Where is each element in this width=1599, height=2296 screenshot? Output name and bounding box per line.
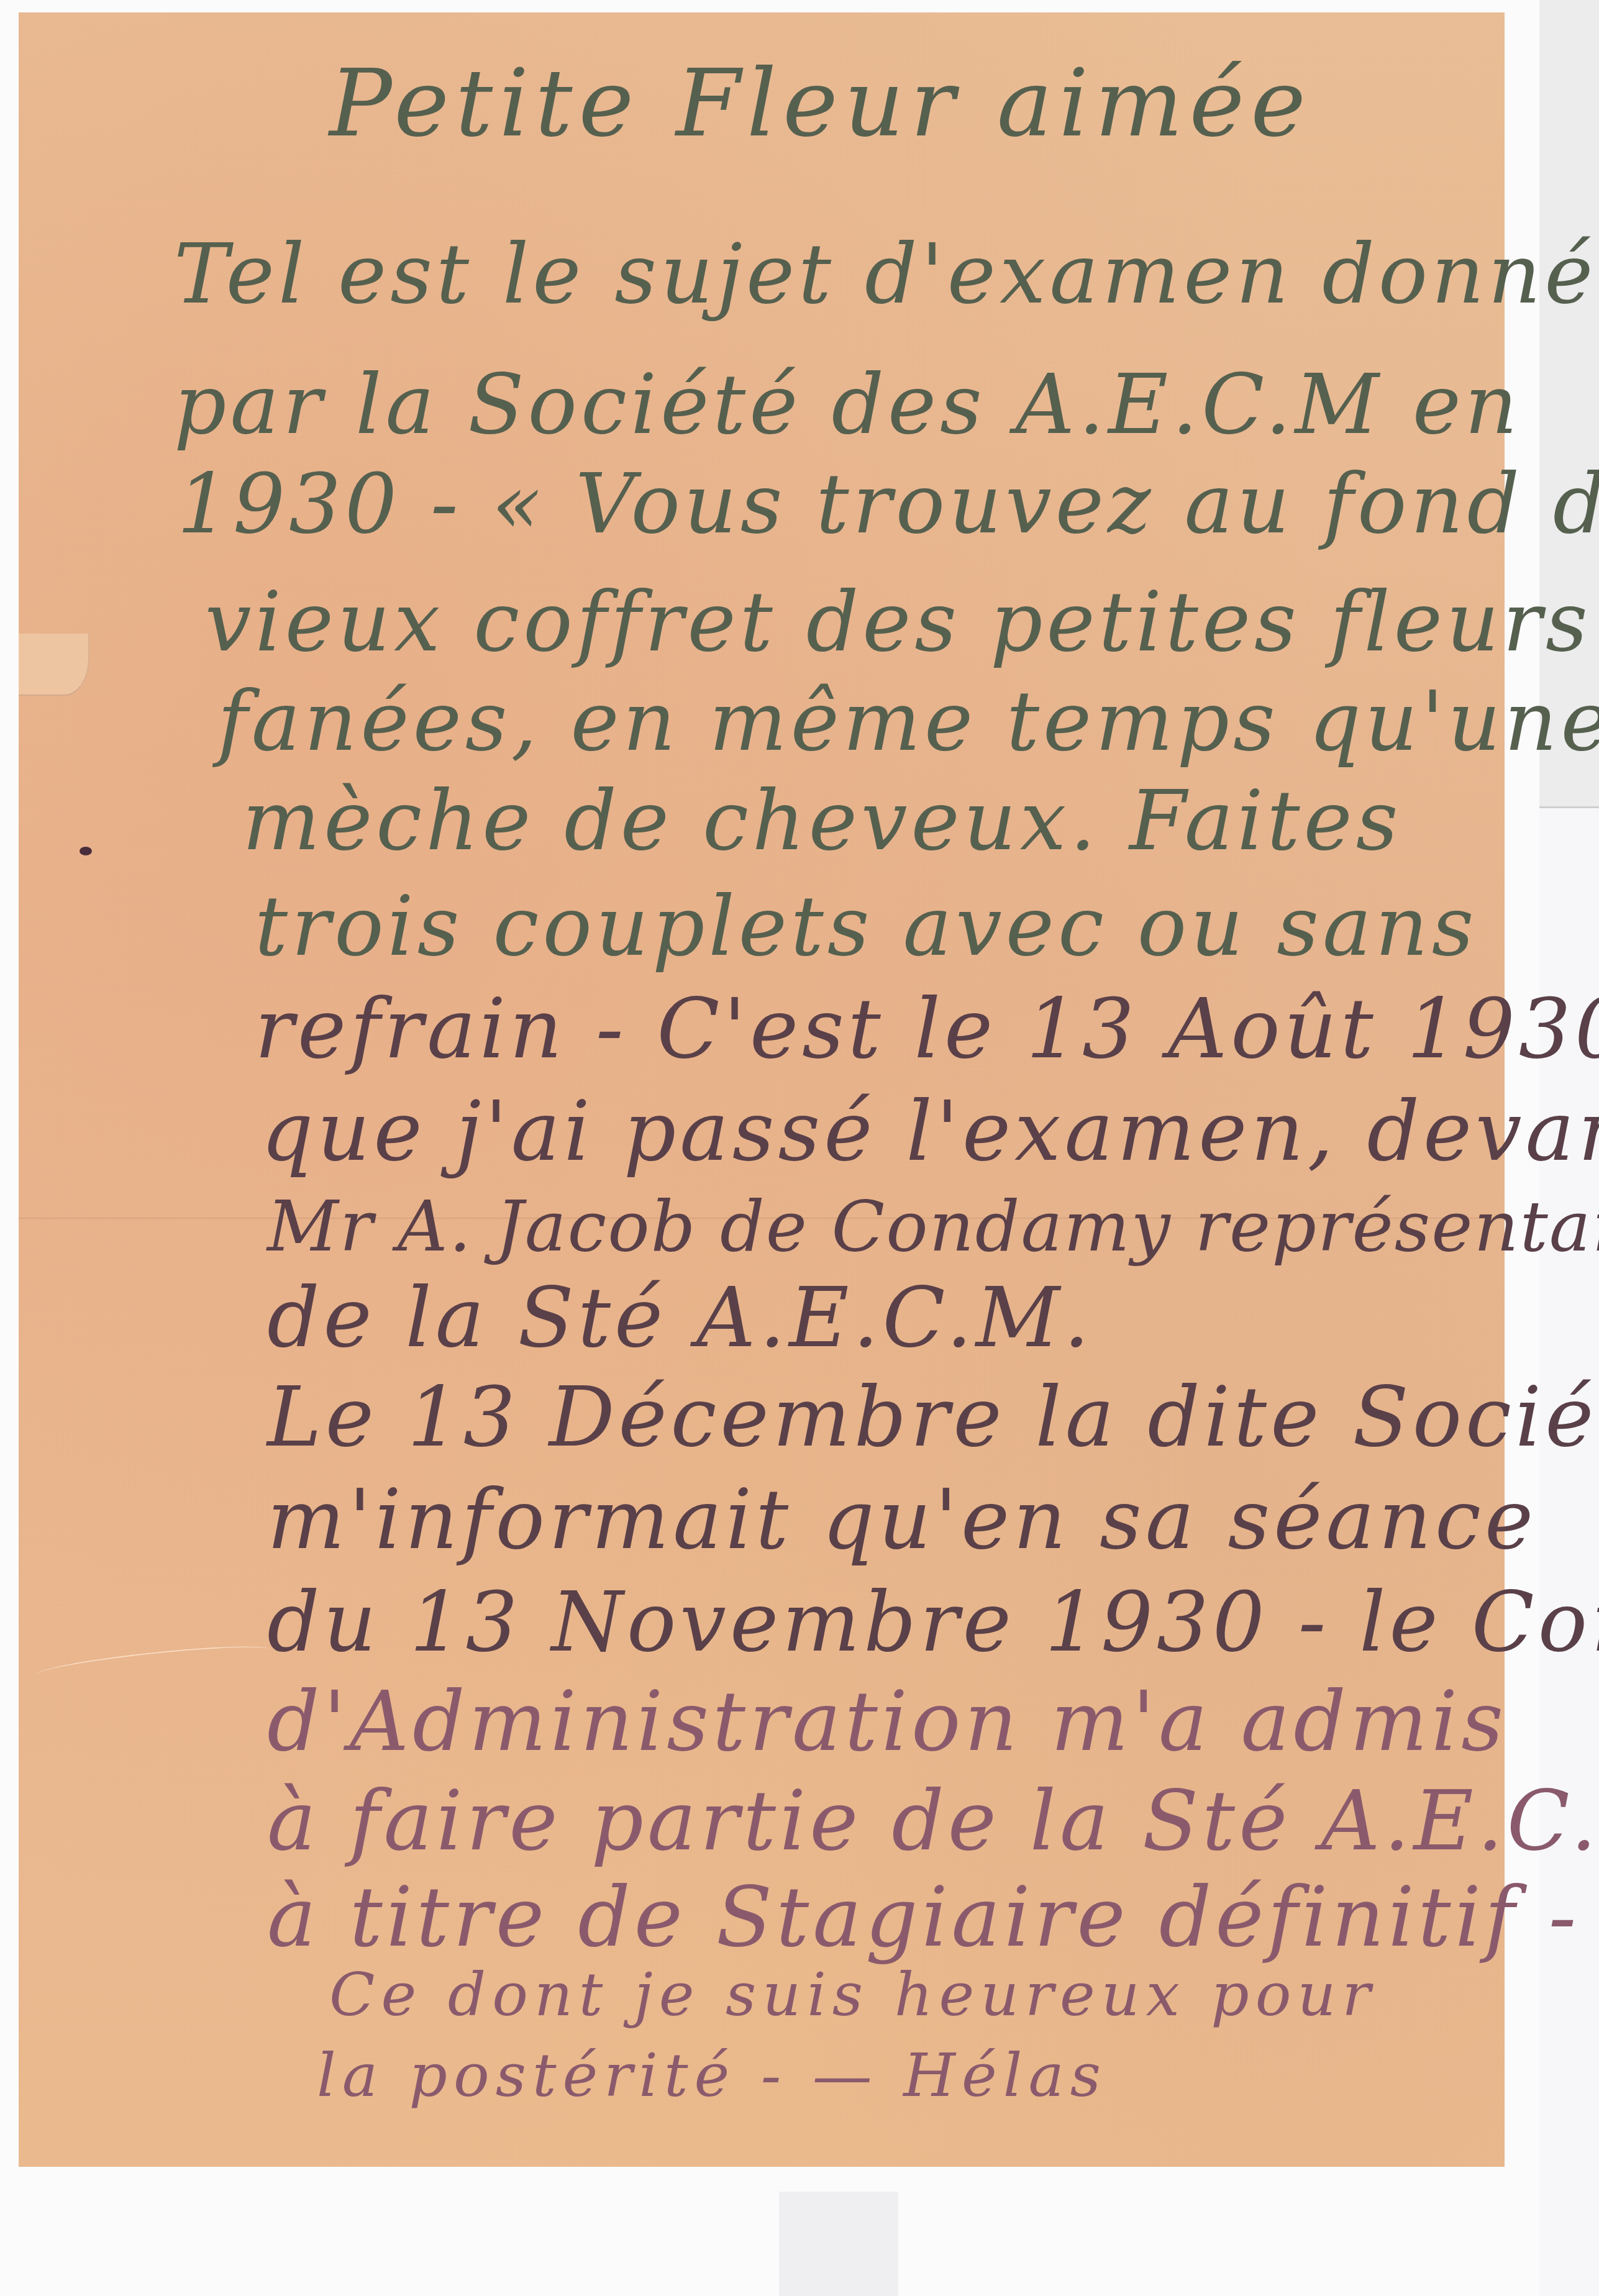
text-line-3: 1930 - « Vous trouvez au fond d'un bbox=[177, 457, 1599, 552]
ink-spot bbox=[80, 847, 92, 855]
scan-smudge bbox=[779, 2192, 898, 2296]
text-line-9: que j'ai passé l'examen, devant bbox=[261, 1084, 1599, 1180]
paper-crease bbox=[35, 1640, 272, 1685]
text-line-14: du 13 Novembre 1930 - le Conseil bbox=[267, 1575, 1599, 1670]
text-line-10: Mr A. Jacob de Condamy représentant bbox=[267, 1187, 1599, 1267]
text-line-12: Le 13 Décembre la dite Société bbox=[267, 1370, 1599, 1465]
text-line-5: fanées, en même temps qu'une bbox=[217, 674, 1599, 770]
text-line-8: refrain - C'est le 13 Août 1930 bbox=[255, 982, 1599, 1077]
handwritten-page: Petite Fleur aimée Tel est le sujet d'ex… bbox=[19, 12, 1505, 2167]
postscript-line-1: Ce dont je suis heureux pour bbox=[329, 1960, 1377, 2029]
text-line-13: m'informait qu'en sa séance bbox=[267, 1472, 1537, 1568]
text-line-16: à faire partie de la Sté A.E.C.M. bbox=[267, 1774, 1599, 1869]
paper-tear bbox=[19, 634, 89, 696]
postscript-line-2: la postérité - — Hélas bbox=[317, 2041, 1107, 2110]
text-line-7: trois couplets avec ou sans bbox=[255, 879, 1477, 975]
text-line-2: par la Société des A.E.C.M en bbox=[174, 357, 1521, 453]
text-line-15: d'Administration m'a admis bbox=[267, 1674, 1507, 1770]
page-title: Petite Fleur aimée bbox=[329, 50, 1312, 158]
text-line-17: à titre de Stagiaire définitif - bbox=[267, 1870, 1580, 1966]
text-line-4: vieux coffret des petites fleurs bbox=[205, 575, 1592, 670]
text-line-1: Tel est le sujet d'examen donné bbox=[174, 227, 1597, 322]
text-line-11: de la Sté A.E.C.M. bbox=[267, 1270, 1093, 1366]
text-line-6: mèche de cheveux. Faites bbox=[242, 773, 1401, 869]
